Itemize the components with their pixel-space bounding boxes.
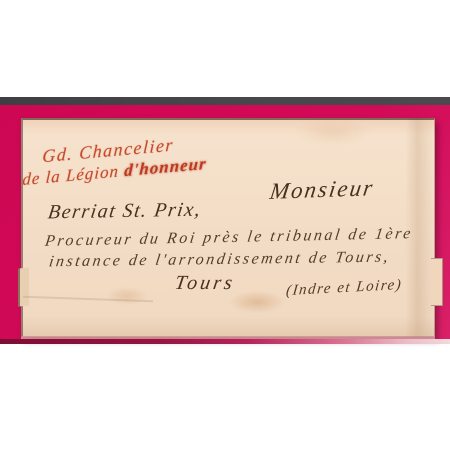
handstamp-line-2-start: de la Légion xyxy=(22,161,125,189)
address-title-line-1: Procureur du Roi près le tribunal de 1èr… xyxy=(44,225,414,251)
photo-bottom-edge xyxy=(0,339,450,344)
address-title-line-2: instance de l'arrondissement de Tours, xyxy=(48,249,392,272)
address-department: (Indre et Loire) xyxy=(285,277,403,300)
paper-fold-flap xyxy=(18,267,29,306)
folded-letter: Gd. Chancelier de la Légion d'honneur Mo… xyxy=(21,118,435,337)
address-city: Tours xyxy=(173,272,237,295)
paper-fold-tab xyxy=(431,258,443,306)
letter-photo: Gd. Chancelier de la Légion d'honneur Mo… xyxy=(0,97,450,344)
red-handstamp: Gd. Chancelier de la Légion d'honneur xyxy=(20,128,253,190)
address-recipient: Berriat St. Prix, xyxy=(46,199,202,225)
address-salutation: Monsieur xyxy=(268,175,376,205)
page: Gd. Chancelier de la Légion d'honneur Mo… xyxy=(0,0,450,450)
photo-top-edge xyxy=(0,97,450,105)
fold-crease xyxy=(23,296,153,303)
